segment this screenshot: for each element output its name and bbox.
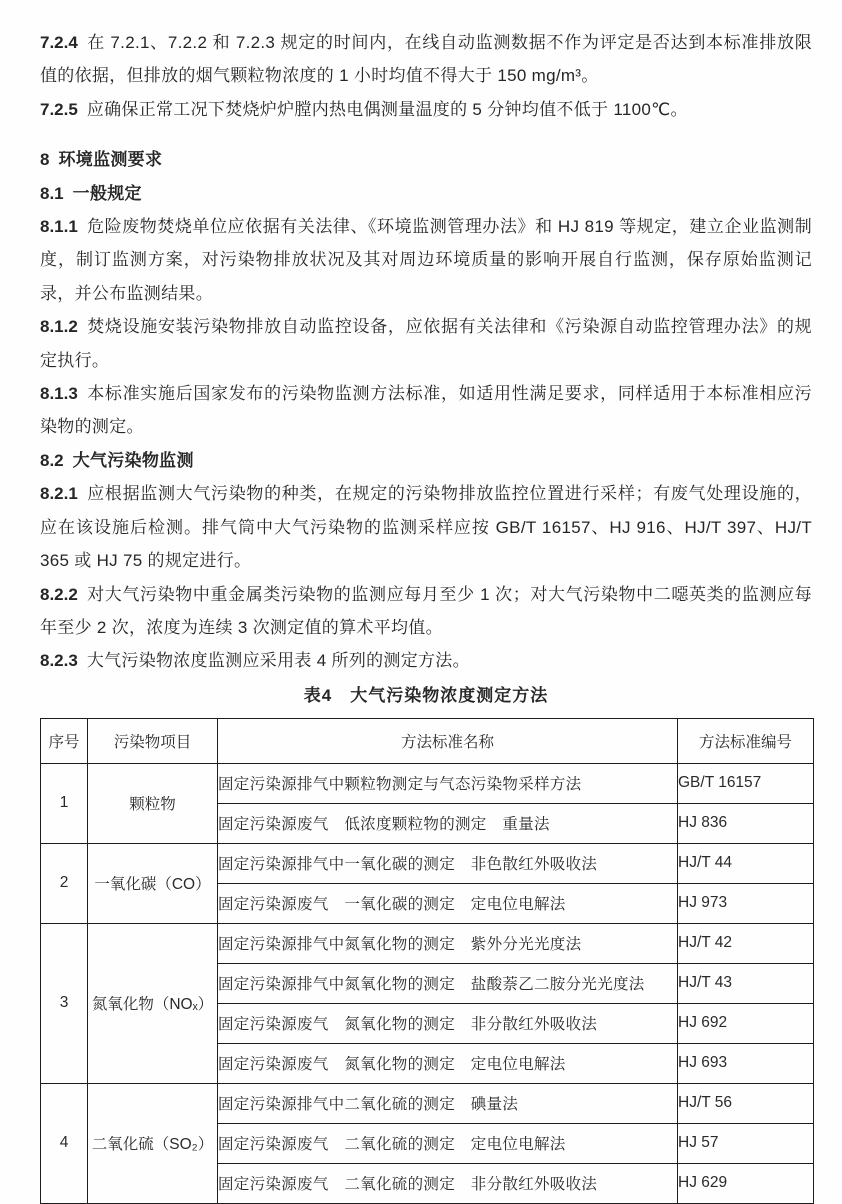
section-number: 8 [40, 150, 49, 169]
method-code-cell: GB/T 16157 [678, 763, 814, 803]
pollutant-cell: 二氧化硫（SO₂） [88, 1083, 218, 1203]
clause-number: 8.1.1 [40, 217, 78, 236]
table-row: 2 一氧化碳（CO） 固定污染源排气中一氧化碳的测定 非色散红外吸收法 HJ/T… [41, 843, 814, 883]
clause-text: 焚烧设施安装污染物排放自动监控设备，应依据有关法律和《污染源自动监控管理办法》的… [40, 317, 812, 369]
column-header-method-name: 方法标准名称 [218, 718, 678, 763]
clause-8-1-1: 8.1.1危险废物焚烧单位应依据有关法律、《环境监测管理办法》和 HJ 819 … [40, 210, 812, 310]
clause-text: 应确保正常工况下焚烧炉炉膛内热电偶测量温度的 5 分钟均值不低于 1100℃。 [87, 100, 688, 119]
clause-text: 本标准实施后国家发布的污染物监测方法标准，如适用性满足要求，同样适用于本标准相应… [40, 384, 812, 436]
method-name-cell: 固定污染源废气 一氧化碳的测定 定电位电解法 [218, 883, 678, 923]
clause-8-2-3: 8.2.3大气污染物浓度监测应采用表 4 所列的测定方法。 [40, 644, 812, 677]
method-code-cell: HJ/T 43 [678, 963, 814, 1003]
method-code-cell: HJ 57 [678, 1123, 814, 1163]
method-code-cell: HJ 629 [678, 1163, 814, 1203]
clause-number: 8.2.1 [40, 484, 78, 503]
method-code-cell: HJ 973 [678, 883, 814, 923]
clause-8-1-2: 8.1.2焚烧设施安装污染物排放自动监控设备，应依据有关法律和《污染源自动监控管… [40, 310, 812, 377]
clause-8-2-1: 8.2.1应根据监测大气污染物的种类，在规定的污染物排放监控位置进行采样；有废气… [40, 477, 812, 577]
clause-number: 8.2.2 [40, 585, 78, 604]
table-row: 3 氮氧化物（NOₓ） 固定污染源排气中氮氧化物的测定 紫外分光光度法 HJ/T… [41, 923, 814, 963]
method-name-cell: 固定污染源废气 二氧化硫的测定 非分散红外吸收法 [218, 1163, 678, 1203]
clause-number: 7.2.4 [40, 33, 78, 52]
clause-8-2-2: 8.2.2对大气污染物中重金属类污染物的监测应每月至少 1 次；对大气污染物中二… [40, 578, 812, 645]
pollutant-cell: 一氧化碳（CO） [88, 843, 218, 923]
document-page: 7.2.4在 7.2.1、7.2.2 和 7.2.3 规定的时间内，在线自动监测… [0, 0, 842, 1204]
method-code-cell: HJ/T 44 [678, 843, 814, 883]
pollutant-cell: 颗粒物 [88, 763, 218, 843]
clause-7-2-4: 7.2.4在 7.2.1、7.2.2 和 7.2.3 规定的时间内，在线自动监测… [40, 26, 812, 93]
clause-text: 对大气污染物中重金属类污染物的监测应每月至少 1 次；对大气污染物中二噁英类的监… [40, 585, 812, 637]
table-header-row: 序号 污染物项目 方法标准名称 方法标准编号 [41, 718, 814, 763]
section-heading-8: 8环境监测要求 [40, 143, 812, 176]
method-name-cell: 固定污染源废气 低浓度颗粒物的测定 重量法 [218, 803, 678, 843]
method-code-cell: HJ 692 [678, 1003, 814, 1043]
method-name-cell: 固定污染源排气中颗粒物测定与气态污染物采样方法 [218, 763, 678, 803]
method-name-cell: 固定污染源排气中氮氧化物的测定 盐酸萘乙二胺分光光度法 [218, 963, 678, 1003]
clause-text: 危险废物焚烧单位应依据有关法律、《环境监测管理办法》和 HJ 819 等规定，建… [40, 217, 812, 303]
clause-number: 8.1.2 [40, 317, 78, 336]
clause-8-1-3: 8.1.3本标准实施后国家发布的污染物监测方法标准，如适用性满足要求，同样适用于… [40, 377, 812, 444]
column-header-method-code: 方法标准编号 [678, 718, 814, 763]
row-no-cell: 2 [41, 843, 88, 923]
table-4-air-pollutant-methods: 序号 污染物项目 方法标准名称 方法标准编号 1 颗粒物 固定污染源排气中颗粒物… [40, 718, 814, 1204]
clause-number: 7.2.5 [40, 100, 78, 119]
method-name-cell: 固定污染源废气 二氧化硫的测定 定电位电解法 [218, 1123, 678, 1163]
clause-number: 8.2.3 [40, 651, 78, 670]
pollutant-cell: 氮氧化物（NOₓ） [88, 923, 218, 1083]
method-code-cell: HJ 836 [678, 803, 814, 843]
section-number: 8.1 [40, 184, 64, 203]
method-code-cell: HJ/T 42 [678, 923, 814, 963]
column-header-no: 序号 [41, 718, 88, 763]
clause-text: 大气污染物浓度监测应采用表 4 所列的测定方法。 [87, 651, 470, 670]
table-row: 4 二氧化硫（SO₂） 固定污染源排气中二氧化硫的测定 碘量法 HJ/T 56 [41, 1083, 814, 1123]
method-name-cell: 固定污染源排气中二氧化硫的测定 碘量法 [218, 1083, 678, 1123]
clause-number: 8.1.3 [40, 384, 78, 403]
table-4-title: 表4 大气污染物浓度测定方法 [40, 683, 812, 709]
section-title: 一般规定 [73, 184, 142, 203]
method-name-cell: 固定污染源废气 氮氧化物的测定 非分散红外吸收法 [218, 1003, 678, 1043]
row-no-cell: 4 [41, 1083, 88, 1203]
section-title: 环境监测要求 [58, 150, 162, 169]
section-heading-8-2: 8.2大气污染物监测 [40, 444, 812, 477]
clause-text: 应根据监测大气污染物的种类，在规定的污染物排放监控位置进行采样；有废气处理设施的… [40, 484, 812, 570]
clause-text: 在 7.2.1、7.2.2 和 7.2.3 规定的时间内，在线自动监测数据不作为… [40, 33, 812, 85]
section-title: 大气污染物监测 [73, 451, 194, 470]
column-header-pollutant: 污染物项目 [88, 718, 218, 763]
table-row: 1 颗粒物 固定污染源排气中颗粒物测定与气态污染物采样方法 GB/T 16157 [41, 763, 814, 803]
method-code-cell: HJ/T 56 [678, 1083, 814, 1123]
row-no-cell: 1 [41, 763, 88, 843]
section-heading-8-1: 8.1一般规定 [40, 177, 812, 210]
method-name-cell: 固定污染源排气中氮氧化物的测定 紫外分光光度法 [218, 923, 678, 963]
method-code-cell: HJ 693 [678, 1043, 814, 1083]
row-no-cell: 3 [41, 923, 88, 1083]
method-name-cell: 固定污染源排气中一氧化碳的测定 非色散红外吸收法 [218, 843, 678, 883]
clause-7-2-5: 7.2.5应确保正常工况下焚烧炉炉膛内热电偶测量温度的 5 分钟均值不低于 11… [40, 93, 812, 126]
method-name-cell: 固定污染源废气 氮氧化物的测定 定电位电解法 [218, 1043, 678, 1083]
section-number: 8.2 [40, 451, 64, 470]
